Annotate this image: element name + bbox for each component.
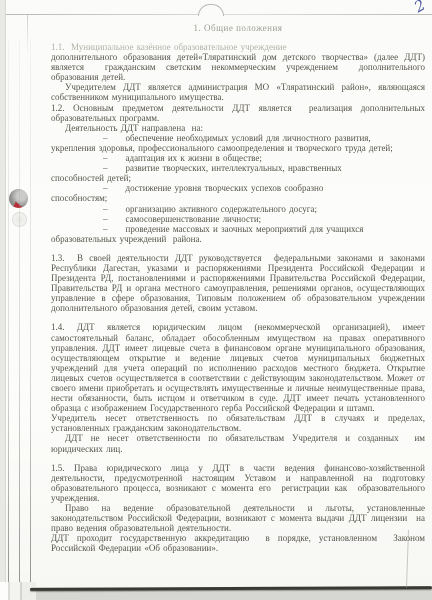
document-paragraph: – достижение уровня творческих успехов с… xyxy=(51,183,425,203)
document-paragraph: Деятельность ДДТ направлена на: xyxy=(51,123,425,133)
scanned-document: 2 1. Общие положения 1.1. Муниципальное … xyxy=(0,0,432,600)
document-paragraph: – организацию активного содержательного … xyxy=(51,204,425,214)
paragraph-list: 1.1. Муниципальное казённое образователь… xyxy=(51,42,425,554)
document-paragraph: 1.2. Основным предметом деятельности ДДТ… xyxy=(51,103,425,123)
document-paragraph: – адаптация их к жизни в обществе; xyxy=(51,153,425,163)
document-paragraph: 1.5. Права юридического лица у ДДТ в час… xyxy=(51,463,425,503)
page-crease-line xyxy=(27,15,28,57)
binder-ring-mark xyxy=(198,4,224,16)
document-paragraph: 1.3. В своей деятельности ДДТ руководств… xyxy=(51,253,425,314)
page-stack-edge-left-1 xyxy=(8,40,9,588)
document-paragraph: дополнительного образования детей«Тлярат… xyxy=(51,52,425,82)
document-body: 1. Общие положения 1.1. Муниципальное ка… xyxy=(51,23,425,554)
document-paragraph: Право на ведение образовательной деятель… xyxy=(51,503,425,533)
document-paragraph: 1.4. ДДТ является юридическим лицом (нек… xyxy=(51,322,425,413)
document-paragraph: – самосовершенствование личности; xyxy=(51,214,425,224)
document-paragraph: – проведение массовых и заочных мероприя… xyxy=(51,224,425,244)
document-paragraph: ДДТ не несет ответственности по обязател… xyxy=(51,433,425,453)
document-page: 2 1. Общие положения 1.1. Муниципальное … xyxy=(6,0,432,587)
page-stack-corner-left xyxy=(0,582,36,600)
page-fold-line xyxy=(6,14,432,15)
document-paragraph: – обеспечение необходимых условий для ли… xyxy=(51,133,425,153)
document-paragraph: 1.1. Муниципальное казённое образователь… xyxy=(51,42,425,52)
document-paragraph: Учредитель несет ответственность по обяз… xyxy=(51,413,425,433)
page-stack-edge-left-2 xyxy=(19,40,20,588)
section-heading: 1. Общие положения xyxy=(51,23,425,33)
page-stack-edge-left-3 xyxy=(30,40,31,588)
document-paragraph: ДДТ проходит государственную аккредитаци… xyxy=(51,533,425,553)
document-paragraph: – развитие творческих, интеллектуальных,… xyxy=(51,163,425,183)
document-paragraph: Учредителем ДДТ является администрация М… xyxy=(51,82,425,102)
